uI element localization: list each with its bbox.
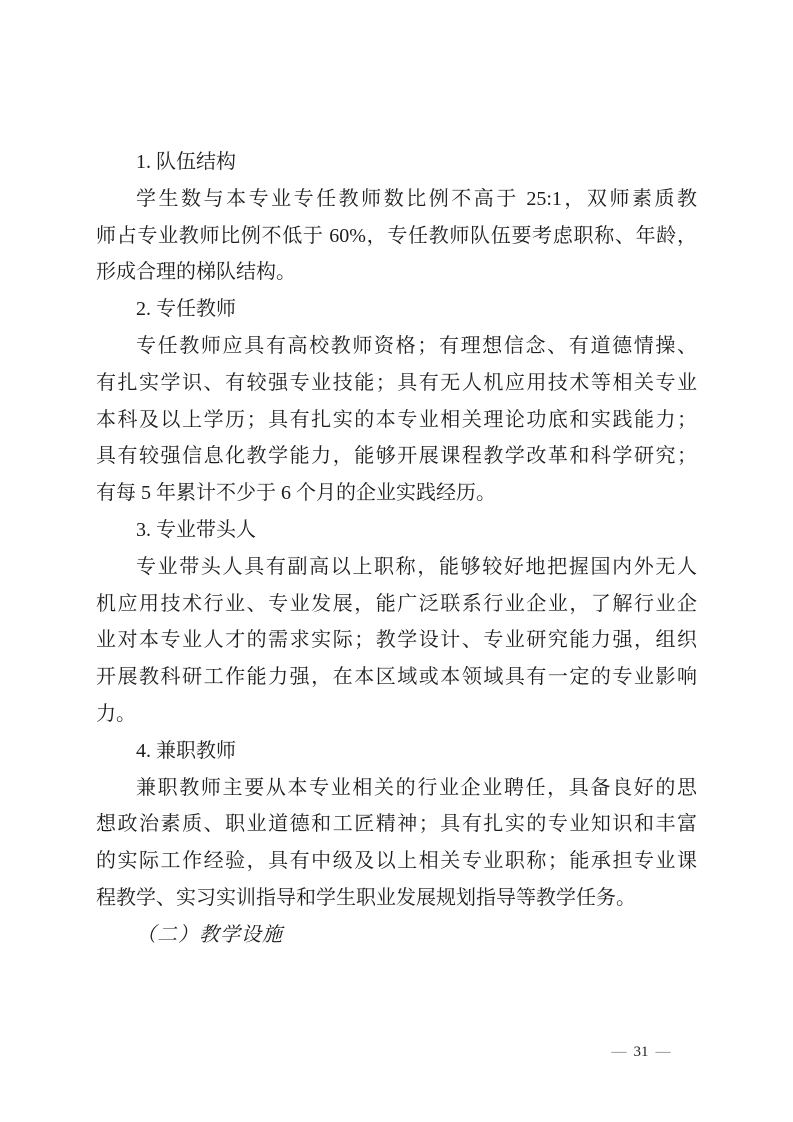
text-line: 机应用技术行业、专业发展，能广泛联系行业企业，了解行业企 [96,586,697,623]
paragraph: （二）教学设施 [96,917,697,954]
paragraph: 2. 专任教师 [96,291,697,328]
text-line: 具有较强信息化教学能力，能够开展课程教学改革和科学研究； [96,438,697,475]
footer-dash-left: — [612,1044,627,1060]
text-line: 3. 专业带头人 [96,512,697,549]
text-line: 想政治素质、职业道德和工匠精神；具有扎实的专业知识和丰富 [96,806,697,843]
text-line: 形成合理的梯队结构。 [96,254,697,291]
text-line: 专业带头人具有副高以上职称，能够较好地把握国内外无人 [96,549,697,586]
page-number: 31 [634,1044,649,1060]
text-line: 程教学、实习实训指导和学生职业发展规划指导等教学任务。 [96,880,697,917]
paragraph: 1. 队伍结构 [96,144,697,181]
text-line: 力。 [96,696,697,733]
text-line: 有扎实学识、有较强专业技能；具有无人机应用技术等相关专业 [96,365,697,402]
text-line: 2. 专任教师 [96,291,697,328]
paragraph: 4. 兼职教师 [96,733,697,770]
footer-dash-right: — [656,1044,671,1060]
text-line: 的实际工作经验，具有中级及以上相关专业职称；能承担专业课 [96,843,697,880]
text-line: 开展教科研工作能力强，在本区域或本领域具有一定的专业影响 [96,659,697,696]
text-line: 兼职教师主要从本专业相关的行业企业聘任，具备良好的思 [96,770,697,807]
text-line: 专任教师应具有高校教师资格；有理想信念、有道德情操、 [96,328,697,365]
document-body: 1. 队伍结构学生数与本专业专任教师数比例不高于 25:1，双师素质教师占专业教… [96,144,697,954]
text-line: 有每 5 年累计不少于 6 个月的企业实践经历。 [96,475,697,512]
paragraph: 学生数与本专业专任教师数比例不高于 25:1，双师素质教师占专业教师比例不低于 … [96,181,697,291]
paragraph: 兼职教师主要从本专业相关的行业企业聘任，具备良好的思想政治素质、职业道德和工匠精… [96,770,697,917]
text-line: 本科及以上学历；具有扎实的本专业相关理论功底和实践能力； [96,402,697,439]
paragraph: 专任教师应具有高校教师资格；有理想信念、有道德情操、有扎实学识、有较强专业技能；… [96,328,697,512]
paragraph: 3. 专业带头人 [96,512,697,549]
text-line: 1. 队伍结构 [96,144,697,181]
text-line: 师占专业教师比例不低于 60%，专任教师队伍要考虑职称、年龄， [96,218,697,255]
text-line: 学生数与本专业专任教师数比例不高于 25:1，双师素质教 [96,181,697,218]
document-page: 1. 队伍结构学生数与本专业专任教师数比例不高于 25:1，双师素质教师占专业教… [0,0,793,1122]
text-line: 4. 兼职教师 [96,733,697,770]
text-line: （二）教学设施 [96,917,697,954]
paragraph: 专业带头人具有副高以上职称，能够较好地把握国内外无人机应用技术行业、专业发展，能… [96,549,697,733]
page-footer: —31— [596,1041,686,1063]
text-line: 业对本专业人才的需求实际；教学设计、专业研究能力强，组织 [96,622,697,659]
